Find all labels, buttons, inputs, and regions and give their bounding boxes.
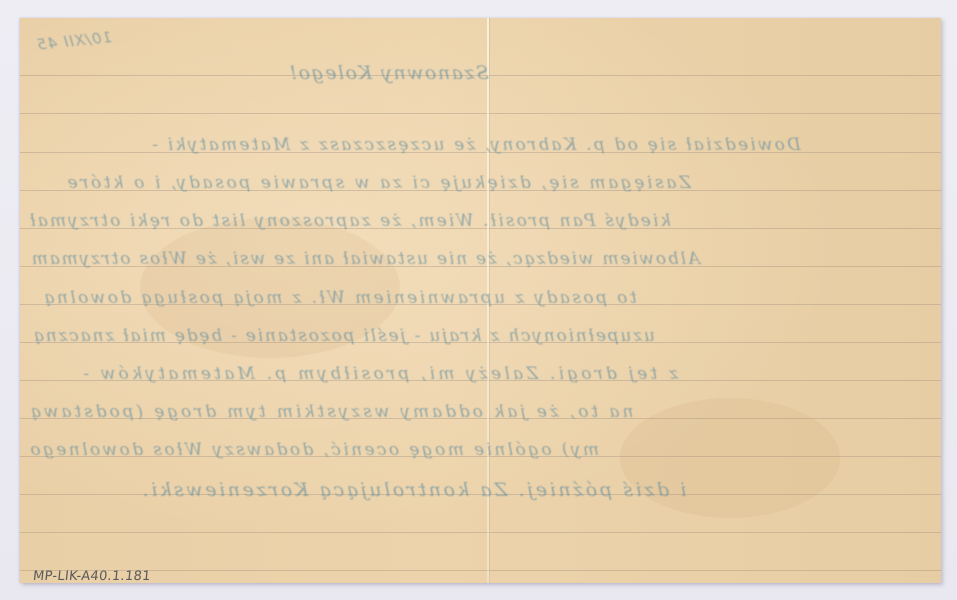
letter-signature: i dziś później. Za kontrolującą Korzenie… — [140, 479, 686, 501]
letter-line: Dowiedział się od p. Kabrony, że uczęszc… — [150, 135, 801, 155]
ruled-line — [20, 113, 941, 114]
letter-line: my) ogólnie mogę ocenić, dodawszy Włos d… — [28, 440, 599, 460]
letter-line: to posady z uprawnieniem Wł. z moją posł… — [42, 288, 637, 308]
archive-catalog-label: MP-LIK-A40.1.181 — [32, 569, 151, 583]
letter-line: kiedyś Pan prosił. Wiem, że zaproszony l… — [28, 211, 671, 231]
scan-background: 10/XII 45 Szanowny Kolego! Dowiedział si… — [0, 0, 957, 600]
letter-line: uzupełnionych z kraju - jeśli pozostanie… — [32, 326, 655, 346]
ruled-line — [20, 570, 941, 571]
letter-line: Albowiem wiedząc, że nie ustawiał ani ze… — [30, 249, 700, 269]
letter-line: na to, że jak oddamy wszystkim tym drogę… — [28, 402, 633, 422]
letter-line: Zasięgam się, dziękuję ci za w sprawie p… — [65, 173, 691, 193]
letter-greeting: Szanowny Kolego! — [288, 62, 489, 84]
letter-line: z tej drogi. Zależy mi, prosiłbym p. Mat… — [80, 364, 678, 384]
ruled-line — [20, 532, 941, 533]
letter-sheet: 10/XII 45 Szanowny Kolego! Dowiedział si… — [20, 18, 941, 583]
letter-date: 10/XII 45 — [35, 28, 113, 54]
